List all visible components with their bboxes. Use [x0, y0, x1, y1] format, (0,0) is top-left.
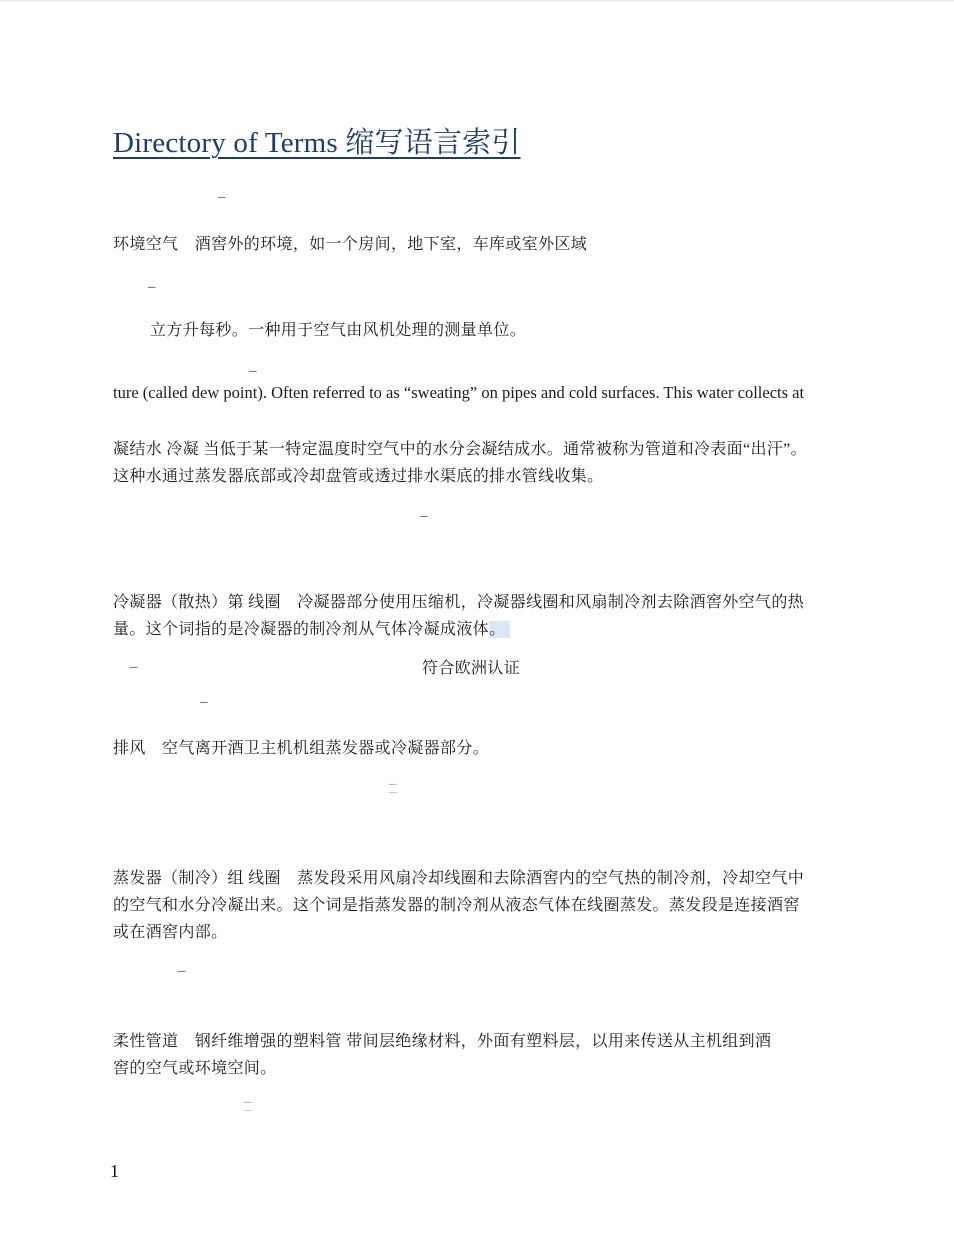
- term-cubic-litres-per-second: 立方升每秒。一种用于空气由风机处理的测量单位。: [150, 317, 930, 344]
- ce-certification-label: 符合欧洲认证: [422, 655, 520, 682]
- dash-mark: –: [249, 364, 257, 379]
- page-number: 1: [110, 1158, 119, 1184]
- term-exhaust-air: 排风 空气离开酒卫主机机组蒸发器或冷凝器部分。: [113, 735, 893, 762]
- dash-mark: –: [389, 777, 397, 793]
- document-page: Directory of Terms 缩写语言索引 – 环境空气 酒窖外的环境，…: [0, 0, 954, 1235]
- highlighted-punctuation: 。: [489, 621, 510, 638]
- page-title: Directory of Terms 缩写语言索引: [113, 124, 521, 162]
- dash-mark: –: [218, 190, 226, 205]
- dash-mark: –: [130, 660, 138, 675]
- term-condenser-text: 冷凝器（散热）第 线圈 冷凝器部分使用压缩机，冷凝器线圈和风扇制冷剂去除酒窖外空…: [113, 594, 804, 638]
- term-flexible-duct: 柔性管道 钢纤维增强的塑料管 带间层绝缘材料，外面有塑料层，以用来传送从主机组到…: [113, 1028, 893, 1082]
- dash-mark: –: [200, 695, 208, 710]
- term-evaporator: 蒸发器（制冷）组 线圈 蒸发段采用风扇冷却线圈和去除酒窖内的空气热的制冷剂，冷却…: [113, 865, 893, 946]
- dash-mark: –: [178, 964, 186, 979]
- term-condensate: 凝结水 冷凝 当低于某一特定温度时空气中的水分会凝结成水。通常被称为管道和冷表面…: [113, 436, 893, 490]
- dash-mark: –: [244, 1095, 252, 1111]
- dash-mark: –: [420, 509, 428, 524]
- dash-mark: –: [148, 280, 156, 295]
- term-ambient-air: 环境空气 酒窖外的环境，如一个房间，地下室，车库或室外区域: [113, 231, 893, 258]
- term-dew-point-fragment: ture (called dew point). Often referred …: [113, 379, 873, 406]
- term-condenser: 冷凝器（散热）第 线圈 冷凝器部分使用压缩机，冷凝器线圈和风扇制冷剂去除酒窖外空…: [113, 589, 893, 643]
